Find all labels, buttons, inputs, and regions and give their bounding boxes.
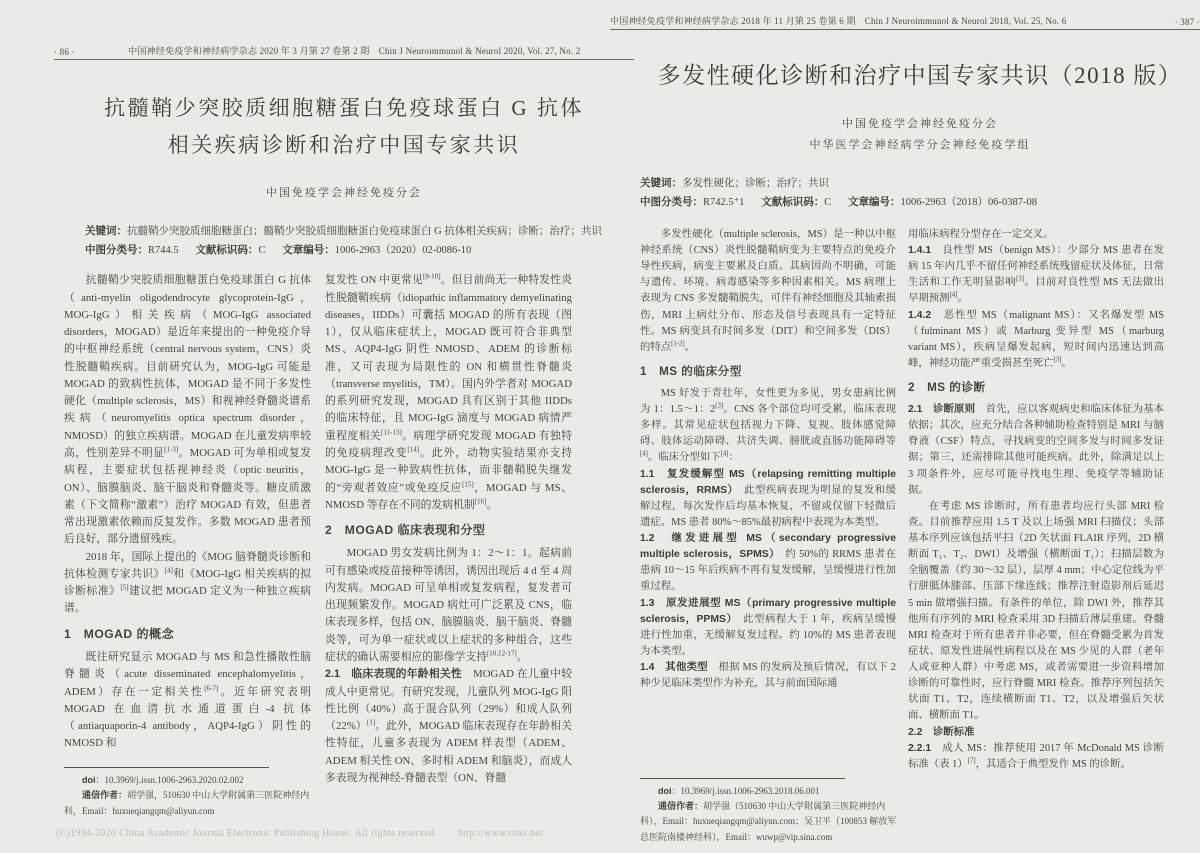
left-meta-line: 中图分类号：R744.5文献标识码：C文章编号：1006-2963（2020）0… (64, 241, 624, 260)
paragraph: 2.1 临床表现的年龄相关性 MOGAD 在儿童中较成人中更常见。有研究发现，儿… (325, 666, 572, 787)
keywords-text: 多发性硬化；诊断；治疗；共识 (682, 178, 829, 189)
section-heading: 1 MS 的临床分型 (640, 363, 896, 381)
left-journal-line: 中国神经免疫学和神经病学杂志 2020 年 3 月第 27 卷第 2 期 Chi… (75, 44, 634, 57)
right-article-author-2: 中华医学会神经病学分会神经免疫学组 (640, 135, 1200, 156)
right-keywords-line: 关键词：多发性硬化；诊断；治疗；共识 (640, 174, 1200, 193)
left-title-line1: 抗髓鞘少突胶质细胞糖蛋白免疫球蛋白 G 抗体 (64, 90, 624, 127)
paragraph: MS 好发于青壮年，女性更为多见，男女患病比例为 1：1.5～1：2[3]。CN… (640, 386, 896, 467)
keywords-label: 关键词： (85, 225, 127, 237)
left-column-1: 抗髓鞘少突胶质细胞糖蛋白免疫球蛋白 G 抗体（anti-myelin oligo… (64, 272, 311, 759)
right-page-header: 中国神经免疫学和神经病学杂志 2018 年 11 月第 25 卷第 6 期 Ch… (610, 14, 1200, 30)
paragraph: 既往研究显示 MOGAD 与 MS 和急性播散性脑脊髓炎（acute disse… (64, 649, 311, 753)
right-journal-line: 中国神经免疫学和神经病学杂志 2018 年 11 月第 25 卷第 6 期 Ch… (610, 14, 1175, 27)
right-columns: 多发性硬化（multiple sclerosis，MS）是一种以中枢神经系统（C… (640, 227, 1200, 853)
section-heading: 2.2 诊断标准 (908, 725, 1164, 741)
paragraph: 2.1 诊断原则 首先，应以客观病史和临床体征为基本依据；其次，应充分结合各种辅… (908, 402, 1164, 499)
right-keywords-block: 关键词：多发性硬化；诊断；治疗；共识 中图分类号：R742.5⁺1文献标识码：C… (640, 174, 1200, 213)
left-article-title: 抗髓鞘少突胶质细胞糖蛋白免疫球蛋白 G 抗体 相关疾病诊断和治疗中国专家共识 (64, 90, 624, 164)
paragraph: 2018 年，国际上提出的《MOG 脑脊髓炎诊断和抗体检测专家共识》[4]和《M… (64, 549, 311, 618)
left-keywords-block: 关键词：抗髓鞘少突胶质细胞糖蛋白；髓鞘少突胶质细胞糖蛋白免疫球蛋白 G 抗体相关… (64, 222, 624, 261)
left-columns: 抗髓鞘少突胶质细胞糖蛋白免疫球蛋白 G 抗体（anti-myelin oligo… (64, 272, 624, 820)
keywords-text: 抗髓鞘少突胶质细胞糖蛋白；髓鞘少突胶质细胞糖蛋白免疫球蛋白 G 抗体相关疾病；诊… (127, 226, 602, 237)
paragraph: 抗髓鞘少突胶质细胞糖蛋白免疫球蛋白 G 抗体（anti-myelin oligo… (64, 272, 311, 548)
right-footnote: doi：10.3969/j.issn.1006-2963.2018.06.001… (640, 778, 902, 845)
section-heading: 1 MOGAD 的概念 (64, 625, 311, 644)
left-column-2: 复发性 ON 中更常见[8-10]。但目前尚无一种特发性炎性脱髓鞘疾病（idio… (325, 272, 572, 820)
left-page-header: · 86 · 中国神经免疫学和神经病学杂志 2020 年 3 月第 27 卷第 … (54, 44, 634, 60)
paragraph: 1.4.2 恶性型 MS（malignant MS）：又名爆发型 MS（fulm… (908, 308, 1164, 373)
section-heading: 2 MOGAD 临床表现和分型 (325, 521, 572, 540)
left-page-number: · 86 · (54, 47, 75, 57)
paragraph: 用临床病程分型存在一定交叉。 (908, 227, 1164, 243)
left-article-author: 中国免疫学会神经免疫分会 (64, 184, 624, 200)
paragraph: doi：10.3969/j.issn.1006-2963.2020.02.002 (64, 773, 314, 788)
right-page: 中国神经免疫学和神经病学杂志 2018 年 11 月第 25 卷第 6 期 Ch… (600, 0, 1200, 853)
right-article-author-1: 中国免疫学会神经免疫分会 (640, 114, 1200, 135)
paragraph: 多发性硬化（multiple sclerosis，MS）是一种以中枢神经系统（C… (640, 227, 896, 356)
paragraph: 通信作者：胡学强，510630 中山大学附属第三医院神经内科，Email：hux… (64, 788, 314, 819)
cnki-watermark: (C)1994-2020 China Academic Journal Elec… (56, 824, 543, 839)
left-page: · 86 · 中国神经免疫学和神经病学杂志 2020 年 3 月第 27 卷第 … (28, 0, 640, 853)
keywords-label: 关键词： (640, 177, 682, 189)
paragraph: 在考虑 MS 诊断时，所有患者均应行头部 MRI 检查。目前推荐应用 1.5 T… (908, 499, 1164, 725)
paragraph: 2.2.1 成人 MS：推荐使用 2017 年 McDonald MS 诊断标准… (908, 741, 1164, 773)
paragraph: 复发性 ON 中更常见[8-10]。但目前尚无一种特发性炎性脱髓鞘疾病（idio… (325, 272, 572, 514)
paragraph: MOGAD 男女发病比例为 1：2～1：1。起病前可有感染或疫苗接种等诱因，诱因… (325, 545, 572, 666)
paragraph: 1.2 继发进展型 MS（secondary progressive multi… (640, 531, 896, 596)
journal-scan: { "watermark": "(C)1994-2020 China Acade… (0, 0, 1200, 853)
right-column-1: 多发性硬化（multiple sclerosis，MS）是一种以中枢神经系统（C… (640, 227, 896, 775)
right-column-2: 用临床病程分型存在一定交叉。1.4.1 良性型 MS（benign MS）：少部… (908, 227, 1164, 853)
paragraph: 1.4 其他类型 根据 MS 的发病及预后情况，有以下 2 种少见临床类型作为补… (640, 660, 896, 692)
right-page-number: · 387 · (1175, 17, 1200, 27)
left-keywords-line: 关键词：抗髓鞘少突胶质细胞糖蛋白；髓鞘少突胶质细胞糖蛋白免疫球蛋白 G 抗体相关… (64, 222, 624, 241)
left-footnote: doi：10.3969/j.issn.1006-2963.2020.02.002… (64, 767, 314, 819)
paragraph: 1.3 原发进展型 MS（primary progressive multipl… (640, 596, 896, 661)
paragraph: 通信作者：胡学强（510630 中山大学附属第三医院神经内科），Email：hu… (640, 799, 902, 845)
right-meta-line: 中图分类号：R742.5⁺1文献标识码：C文章编号：1006-2963（2018… (640, 193, 1200, 212)
paragraph: doi：10.3969/j.issn.1006-2963.2018.06.001 (640, 784, 902, 799)
paragraph: 1.1 复发缓解型 MS（relapsing remitting multipl… (640, 467, 896, 532)
right-article-title: 多发性硬化诊断和治疗中国专家共识（2018 版） (640, 56, 1200, 96)
paragraph: 1.4.1 良性型 MS（benign MS）：少部分 MS 患者在发病 15 … (908, 243, 1164, 308)
section-heading: 2 MS 的诊断 (908, 379, 1164, 397)
left-title-line2: 相关疾病诊断和治疗中国专家共识 (64, 127, 624, 164)
